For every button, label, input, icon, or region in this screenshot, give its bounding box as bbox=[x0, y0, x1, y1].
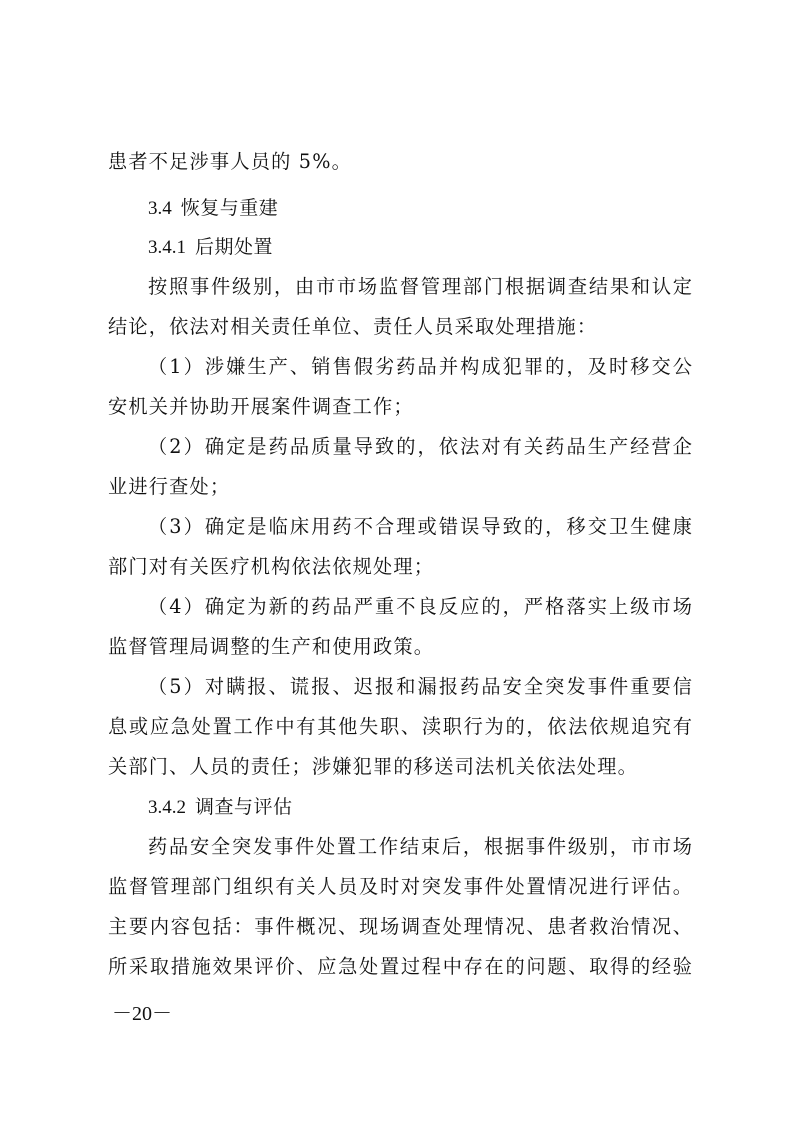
list-item-2-line: （2）确定是药品质量导致的，依法对有关药品生产经营企 bbox=[148, 435, 692, 459]
body-line: 关部门、人员的责任；涉嫌犯罪的移送司法机关依法处理。 bbox=[108, 755, 638, 779]
body-line: 所采取措施效果评价、应急处置过程中存在的问题、取得的经验 bbox=[108, 955, 692, 979]
body-line: 部门对有关医疗机构依法依规处理； bbox=[108, 555, 434, 579]
body-line: 患者不足涉事人员的 5%。 bbox=[108, 150, 352, 174]
body-line: 安机关并协助开展案件调查工作； bbox=[108, 395, 414, 419]
list-item-4-line: （4）确定为新的药品严重不良反应的，严格落实上级市场 bbox=[148, 595, 692, 619]
section-heading-3-4: 3.4恢复与重建 bbox=[148, 196, 278, 221]
body-line: 结论，依法对相关责任单位、责任人员采取处理措施： bbox=[108, 315, 597, 339]
body-line: 息或应急处置工作中有其他失职、渎职行为的，依法依规追究有 bbox=[108, 715, 692, 739]
section-number: 3.4 bbox=[148, 198, 172, 219]
list-item-1-line: （1）涉嫌生产、销售假劣药品并构成犯罪的，及时移交公 bbox=[148, 355, 692, 379]
section-heading-3-4-2: 3.4.2调查与评估 bbox=[148, 795, 293, 820]
list-item-3-line: （3）确定是临床用药不合理或错误导致的，移交卫生健康 bbox=[148, 515, 692, 539]
body-line: 监督管理局调整的生产和使用政策。 bbox=[108, 635, 434, 659]
section-title: 恢复与重建 bbox=[181, 197, 279, 219]
paragraph-first-line: 药品安全突发事件处置工作结束后，根据事件级别，市市场 bbox=[148, 835, 692, 859]
section-title: 调查与评估 bbox=[195, 796, 293, 818]
page-number: －20－ bbox=[112, 1002, 172, 1026]
section-number: 3.4.1 bbox=[148, 237, 186, 258]
body-line: 业进行查处； bbox=[108, 475, 230, 499]
paragraph-first-line: 按照事件级别，由市市场监督管理部门根据调查结果和认定 bbox=[148, 275, 692, 299]
section-heading-3-4-1: 3.4.1后期处置 bbox=[148, 235, 273, 260]
body-line: 监督管理部门组织有关人员及时对突发事件处置情况进行评估。 bbox=[108, 875, 692, 899]
list-item-5-line: （5）对瞒报、谎报、迟报和漏报药品安全突发事件重要信 bbox=[148, 675, 692, 699]
section-number: 3.4.2 bbox=[148, 797, 186, 818]
body-line: 主要内容包括：事件概况、现场调查处理情况、患者救治情况、 bbox=[108, 915, 692, 939]
section-title: 后期处置 bbox=[195, 236, 273, 258]
